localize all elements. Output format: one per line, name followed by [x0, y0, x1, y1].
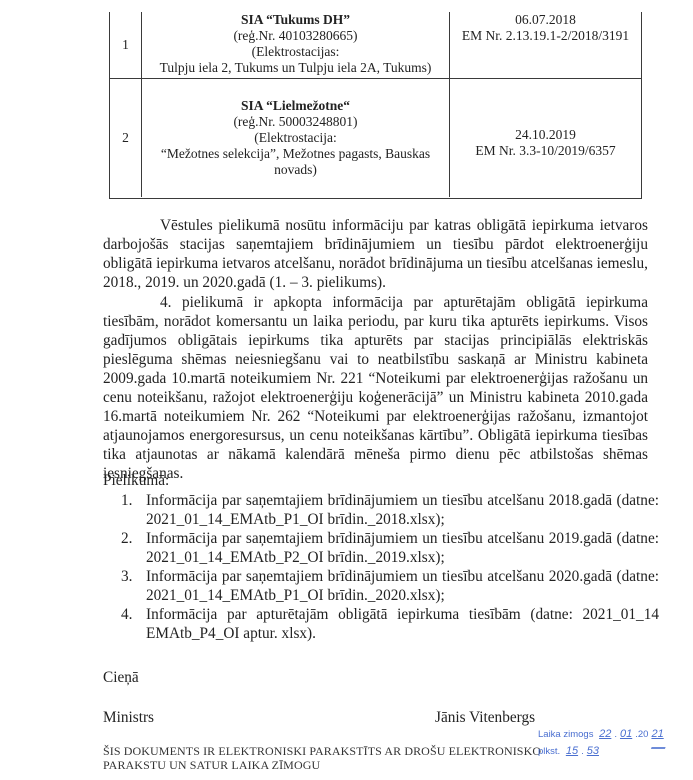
- org-name: SIA “Lielmežotne“: [142, 98, 449, 114]
- reg-number: (reģ.Nr. 40103280665): [142, 28, 449, 44]
- row-number: 2: [110, 79, 142, 197]
- paragraph-text: Vēstules pielikumā nosūtu informāciju pa…: [103, 217, 648, 291]
- doc-number: EM Nr. 2.13.19.1-2/2018/3191: [450, 28, 641, 44]
- station-address: “Mežotnes selekcija”, Mežotnes pagasts, …: [142, 146, 449, 178]
- item-number: 4.: [121, 605, 132, 624]
- stamp-month: 01: [617, 728, 635, 740]
- stamp-day: 22: [596, 728, 614, 740]
- item-number: 2.: [121, 529, 132, 548]
- item-text: Informācija par saņemtajiem brīdinājumie…: [146, 530, 659, 566]
- organization-cell: SIA “Lielmežotne“ (reģ.Nr. 50003248801) …: [142, 79, 450, 197]
- signer-role: Ministrs: [103, 709, 154, 727]
- station-label: (Elektrostacijas:: [142, 44, 449, 60]
- e-signature-notice: ŠIS DOKUMENTS IR ELEKTRONISKI PARAKSTĪTS…: [103, 744, 543, 772]
- attachments-title: Pielikumā:: [103, 471, 169, 490]
- stamp-hour: 15: [563, 745, 581, 757]
- document-cell: 06.07.2018 EM Nr. 2.13.19.1-2/2018/3191: [450, 12, 641, 78]
- organization-cell: SIA “Tukums DH” (reģ.Nr. 40103280665) (E…: [142, 12, 450, 78]
- attachment-item: 2.Informācija par saņemtajiem brīdinājum…: [103, 529, 659, 567]
- stamp-minute: 53: [584, 745, 602, 757]
- paragraph-text: 4. pielikumā ir apkopta informācija par …: [103, 294, 648, 482]
- attachment-item: 1.Informācija par saņemtajiem brīdinājum…: [103, 491, 659, 529]
- attachments-list: 1.Informācija par saņemtajiem brīdinājum…: [103, 491, 659, 643]
- item-number: 3.: [121, 567, 132, 586]
- stamp-year-prefix: 20: [638, 729, 649, 740]
- stations-table: 1 SIA “Tukums DH” (reģ.Nr. 40103280665) …: [109, 12, 642, 199]
- signer-name: Jānis Vitenbergs: [435, 709, 535, 727]
- table-row: 1 SIA “Tukums DH” (reģ.Nr. 40103280665) …: [110, 12, 641, 79]
- station-address: Tulpju iela 2, Tukums un Tulpju iela 2A,…: [142, 60, 449, 76]
- doc-date: 24.10.2019: [450, 127, 641, 143]
- stamp-time-line: plkst. 15.53: [538, 743, 667, 760]
- row-number: 1: [110, 12, 142, 78]
- reg-number: (reģ.Nr. 50003248801): [142, 114, 449, 130]
- timestamp-stamp: Laika zimogs 22.01.2021 plkst. 15.53: [538, 726, 667, 760]
- body-paragraph-2: 4. pielikumā ir apkopta informācija par …: [103, 293, 648, 483]
- handwritten-initials-mark: [651, 743, 667, 749]
- doc-number: EM Nr. 3.3-10/2019/6357: [450, 143, 641, 159]
- body-paragraph-1: Vēstules pielikumā nosūtu informāciju pa…: [103, 216, 648, 292]
- item-text: Informācija par saņemtajiem brīdinājumie…: [146, 568, 659, 604]
- stamp-date-line: Laika zimogs 22.01.2021: [538, 726, 667, 743]
- item-text: Informācija par apturētajām obligātā iep…: [146, 606, 659, 642]
- doc-date: 06.07.2018: [450, 12, 641, 28]
- attachment-item: 4.Informācija par apturētajām obligātā i…: [103, 605, 659, 643]
- attachment-item: 3.Informācija par saņemtajiem brīdinājum…: [103, 567, 659, 605]
- stamp-time-label: plkst.: [538, 746, 560, 757]
- closing-salutation: Cieņā: [103, 669, 139, 687]
- org-name: SIA “Tukums DH”: [142, 12, 449, 28]
- stamp-year-suffix: 21: [648, 728, 666, 740]
- item-text: Informācija par saņemtajiem brīdinājumie…: [146, 492, 659, 528]
- stamp-label: Laika zimogs: [538, 729, 593, 740]
- document-cell: 24.10.2019 EM Nr. 3.3-10/2019/6357: [450, 79, 641, 197]
- station-label: (Elektrostacija:: [142, 130, 449, 146]
- table-row: 2 SIA “Lielmežotne“ (reģ.Nr. 50003248801…: [110, 79, 641, 197]
- item-number: 1.: [121, 491, 132, 510]
